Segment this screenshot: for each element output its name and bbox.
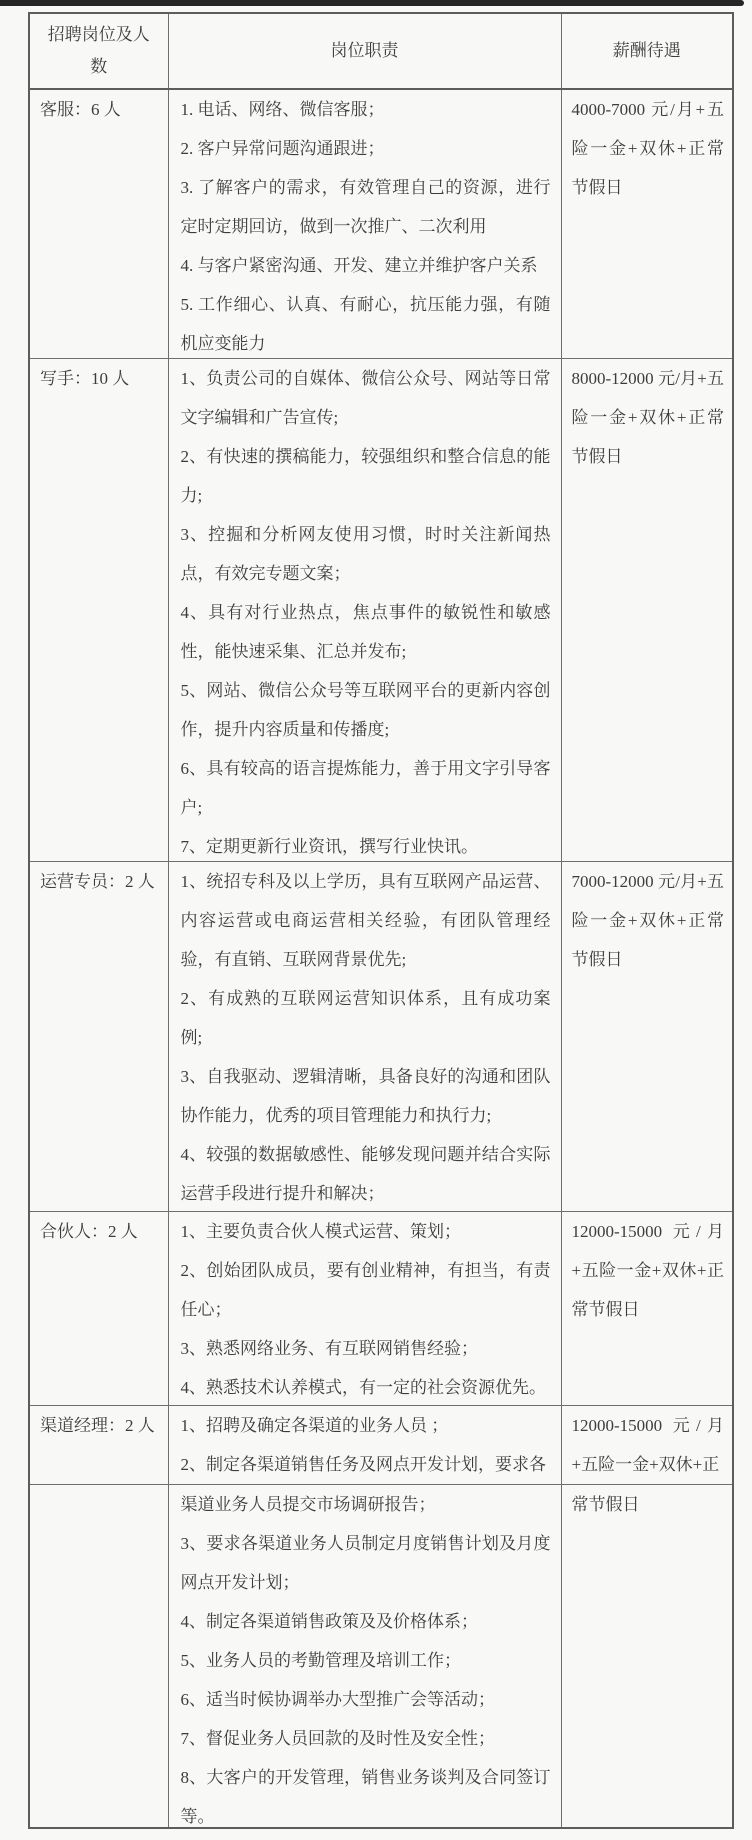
- salary-text: 8000-12000 元/月+五险一金+双休+正常节假日: [572, 369, 725, 466]
- salary-text: 12000-15000 元/月+五险一金+双休+正: [572, 1416, 725, 1474]
- position-label: 渠道经理：2 人: [40, 1416, 155, 1435]
- duty-item: 渠道业务人员提交市场调研报告；: [181, 1485, 551, 1524]
- duty-item: 1、负责公司的自媒体、微信公众号、网站等日常文字编辑和广告宣传;: [181, 359, 551, 437]
- duty-item: 4、熟悉技术认养模式，有一定的社会资源优先。: [181, 1368, 551, 1405]
- table-row: 写手：10 人1、负责公司的自媒体、微信公众号、网站等日常文字编辑和广告宣传;2…: [29, 359, 733, 862]
- position-cell: 合伙人：2 人: [29, 1212, 168, 1406]
- position-label: 合伙人：2 人: [40, 1222, 138, 1241]
- duty-item: 6、适当时候协调举办大型推广会等活动；: [181, 1680, 551, 1719]
- table-row: 合伙人：2 人1、主要负责合伙人模式运营、策划；2、创始团队成员，要有创业精神，…: [29, 1212, 733, 1406]
- duties-cell: 1、统招专科及以上学历，具有互联网产品运营、内容运营或电商运营相关经验，有团队管…: [168, 862, 561, 1212]
- position-cell: [29, 1485, 168, 1829]
- salary-text: 常节假日: [572, 1495, 640, 1514]
- position-cell: 运营专员：2 人: [29, 862, 168, 1212]
- col-header-position: 招聘岗位及人数: [29, 13, 168, 89]
- duty-item: 2、有快速的撰稿能力，较强组织和整合信息的能力;: [181, 437, 551, 515]
- duties-cell: 1、主要负责合伙人模式运营、策划；2、创始团队成员，要有创业精神，有担当，有责任…: [168, 1212, 561, 1406]
- duties-cell: 1、招聘及确定各渠道的业务人员 ；2、制定各渠道销售任务及网点开发计划，要求各: [168, 1406, 561, 1485]
- duty-item: 1、招聘及确定各渠道的业务人员 ；: [181, 1406, 551, 1445]
- duty-item: 3. 了解客户的需求，有效管理自己的资源，进行定时定期回访，做到一次推广、二次利…: [181, 168, 551, 246]
- position-label: 写手：10 人: [40, 369, 129, 388]
- salary-cell: 4000-7000 元/月+五险一金+双休+正常节假日: [561, 89, 733, 359]
- table-row: 运营专员：2 人1、统招专科及以上学历，具有互联网产品运营、内容运营或电商运营相…: [29, 862, 733, 1212]
- salary-cell: 8000-12000 元/月+五险一金+双休+正常节假日: [561, 359, 733, 862]
- table-row: 渠道业务人员提交市场调研报告；3、要求各渠道业务人员制定月度销售计划及月度网点开…: [29, 1485, 733, 1829]
- duty-item: 7、定期更新行业资讯，撰写行业快讯。: [181, 827, 551, 861]
- position-label: 客服：6 人: [40, 100, 121, 119]
- table-row: 客服：6 人1. 电话、网络、微信客服；2. 客户异常问题沟通跟进；3. 了解客…: [29, 89, 733, 359]
- header-row: 招聘岗位及人数 岗位职责 薪酬待遇: [29, 13, 733, 89]
- position-cell: 渠道经理：2 人: [29, 1406, 168, 1485]
- duties-cell: 1、负责公司的自媒体、微信公众号、网站等日常文字编辑和广告宣传;2、有快速的撰稿…: [168, 359, 561, 862]
- scanned-document-page: 招聘岗位及人数 岗位职责 薪酬待遇 客服：6 人1. 电话、网络、微信客服；2.…: [0, 0, 752, 1840]
- duty-item: 5、网站、微信公众号等互联网平台的更新内容创作，提升内容质量和传播度;: [181, 671, 551, 749]
- duty-item: 1、统招专科及以上学历，具有互联网产品运营、内容运营或电商运营相关经验，有团队管…: [181, 862, 551, 979]
- duty-item: 2、有成熟的互联网运营知识体系，且有成功案例;: [181, 979, 551, 1057]
- duty-item: 3、熟悉网络业务、有互联网销售经验；: [181, 1329, 551, 1368]
- duties-cell: 渠道业务人员提交市场调研报告；3、要求各渠道业务人员制定月度销售计划及月度网点开…: [168, 1485, 561, 1829]
- recruitment-table: 招聘岗位及人数 岗位职责 薪酬待遇 客服：6 人1. 电话、网络、微信客服；2.…: [28, 12, 734, 1829]
- duty-item: 1. 电话、网络、微信客服；: [181, 90, 551, 129]
- duty-item: 3、要求各渠道业务人员制定月度销售计划及月度网点开发计划；: [181, 1524, 551, 1602]
- duty-item: 4、制定各渠道销售政策及及价格体系；: [181, 1602, 551, 1641]
- duty-item: 5. 工作细心、认真、有耐心，抗压能力强，有随机应变能力: [181, 285, 551, 358]
- col-header-duties: 岗位职责: [168, 13, 561, 89]
- duty-item: 3、控掘和分析网友使用习惯，时时关注新闻热点，有效完专题文案；: [181, 515, 551, 593]
- duty-item: 8、大客户的开发管理，销售业务谈判及合同签订等。: [181, 1758, 551, 1827]
- salary-text: 7000-12000 元/月+五险一金+双休+正常节假日: [572, 872, 725, 969]
- duty-item: 7、督促业务人员回款的及时性及安全性；: [181, 1719, 551, 1758]
- duty-item: 4、较强的数据敏感性、能够发现问题并结合实际运营手段进行提升和解决；: [181, 1135, 551, 1211]
- position-cell: 写手：10 人: [29, 359, 168, 862]
- duty-item: 1、主要负责合伙人模式运营、策划；: [181, 1212, 551, 1251]
- salary-cell: 12000-15000 元/月+五险一金+双休+正常节假日: [561, 1212, 733, 1406]
- top-dark-strip: [0, 0, 744, 6]
- duty-item: 4. 与客户紧密沟通、开发、建立并维护客户关系: [181, 246, 551, 285]
- duty-item: 2. 客户异常问题沟通跟进；: [181, 129, 551, 168]
- duty-item: 5、业务人员的考勤管理及培训工作；: [181, 1641, 551, 1680]
- duty-item: 4、具有对行业热点，焦点事件的敏锐性和敏感性，能快速采集、汇总并发布;: [181, 593, 551, 671]
- duty-item: 2、制定各渠道销售任务及网点开发计划，要求各: [181, 1445, 551, 1484]
- duty-item: 6、具有较高的语言提炼能力，善于用文字引导客户;: [181, 749, 551, 827]
- col-header-salary: 薪酬待遇: [561, 13, 733, 89]
- salary-cell: 12000-15000 元/月+五险一金+双休+正: [561, 1406, 733, 1485]
- salary-text: 4000-7000 元/月+五险一金+双休+正常节假日: [572, 100, 725, 197]
- position-cell: 客服：6 人: [29, 89, 168, 359]
- salary-text: 12000-15000 元/月+五险一金+双休+正常节假日: [572, 1222, 725, 1319]
- duties-cell: 1. 电话、网络、微信客服；2. 客户异常问题沟通跟进；3. 了解客户的需求，有…: [168, 89, 561, 359]
- salary-cell: 常节假日: [561, 1485, 733, 1829]
- duty-item: 2、创始团队成员，要有创业精神，有担当，有责任心；: [181, 1251, 551, 1329]
- table-row: 渠道经理：2 人1、招聘及确定各渠道的业务人员 ；2、制定各渠道销售任务及网点开…: [29, 1406, 733, 1485]
- duty-item: 3、自我驱动、逻辑清晰，具备良好的沟通和团队协作能力，优秀的项目管理能力和执行力…: [181, 1057, 551, 1135]
- position-label: 运营专员：2 人: [40, 872, 155, 891]
- salary-cell: 7000-12000 元/月+五险一金+双休+正常节假日: [561, 862, 733, 1212]
